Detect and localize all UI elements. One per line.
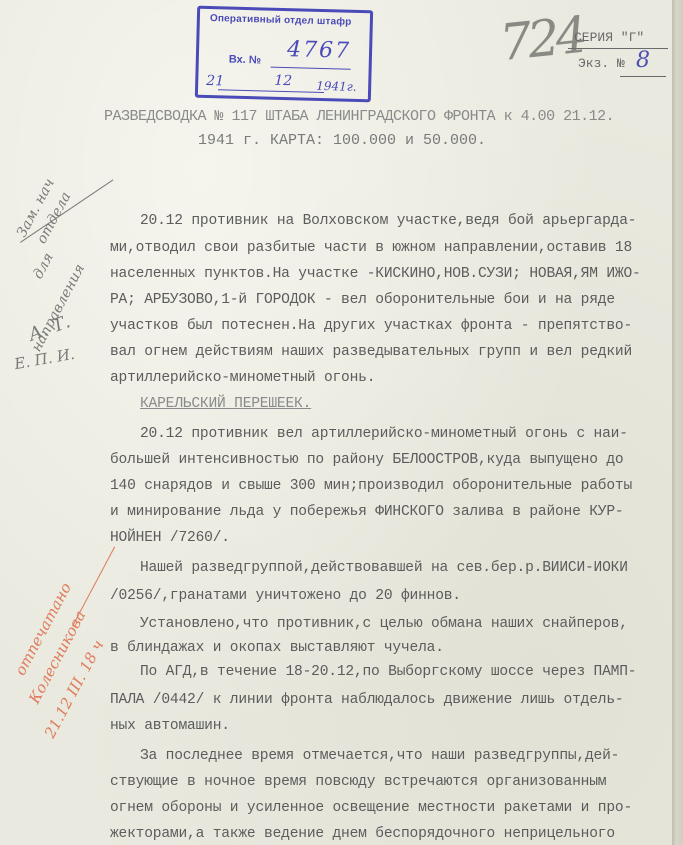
body-line: в блиндажах и окопах выставляют чучела.: [110, 640, 444, 656]
body-line: 20.12 противник вел артиллерийско-миноме…: [140, 426, 628, 442]
body-line: ствующие в ночное время повсюду встречаю…: [110, 774, 606, 790]
stamp-month: 12: [274, 73, 292, 89]
body-line: НОЙНЕН /7260/.: [110, 530, 230, 546]
body-line: 140 снарядов и свыше 300 мин;производил …: [110, 478, 632, 494]
document-page: [0, 0, 672, 845]
archive-number: 724: [497, 6, 586, 72]
body-line: вал огнем действиям наших разведывательн…: [110, 344, 632, 360]
body-line: ПАЛА /0442/ к линии фронта наблюдалось д…: [110, 692, 623, 708]
copy-number: 8: [636, 48, 650, 73]
series-label: СЕРИЯ "Г": [574, 30, 644, 45]
body-line: большей интенсивностью по району БЕЛООСТ…: [110, 452, 623, 468]
body-line: жекторами,а также ведение днем беспорядо…: [110, 826, 615, 842]
copy-label: Экз. №: [578, 56, 625, 71]
body-line: По АГД,в течение 18-20.12,по Выборгскому…: [140, 664, 636, 680]
body-line: 20.12 противник на Волховском участке,ве…: [140, 213, 636, 229]
stamp-incoming-label: Вх. №: [229, 54, 262, 67]
copy-underline: [620, 76, 666, 77]
stamp-organization: Оперативный отдел штафр: [210, 13, 352, 28]
body-line: За последнее время отмечается,что наши р…: [140, 748, 619, 764]
stamp-incoming-number: 4767: [287, 37, 352, 64]
section-heading: КАРЕЛЬСКИЙ ПЕРЕШЕЕК.: [140, 396, 311, 412]
document-title-line2: 1941 г. КАРТА: 100.000 и 50.000.: [198, 132, 486, 149]
body-line: Установлено,что противник,с целью обмана…: [140, 616, 628, 632]
document-title: РАЗВЕДСВОДКА № 117 ШТАБА ЛЕНИНГРАДСКОГО …: [104, 108, 614, 125]
series-underline: [568, 48, 668, 49]
body-line: артиллерийско-минометный огонь.: [110, 370, 375, 386]
stamp-date-underline: [218, 89, 324, 93]
stamp-number-underline: [271, 67, 351, 70]
body-line: и минирование льда у побережья ФИНСКОГО …: [110, 504, 623, 520]
page-edge: [672, 0, 683, 845]
body-line: РА; АРБУЗОВО,1-й ГОРОДОК - вел обороните…: [110, 292, 615, 308]
body-line: /0256/,гранатами уничтожено до 20 финнов…: [110, 588, 461, 604]
body-line: ных автомашин.: [110, 718, 230, 734]
body-line: населенных пунктов.На участке -КИСКИНО,Н…: [110, 266, 641, 282]
stamp-day: 21: [206, 73, 224, 89]
body-line: огнем обороны и усиленное освещение мест…: [110, 800, 632, 816]
body-line: участков был потеснен.На других участках…: [110, 318, 632, 334]
registration-stamp: Оперативный отдел штафр Вх. № 4767 21 12…: [195, 6, 373, 103]
body-line: Нашей разведгруппой,действовавшей на сев…: [140, 560, 628, 576]
body-line: ми,отводил свои разбитые части в южном н…: [110, 240, 632, 256]
